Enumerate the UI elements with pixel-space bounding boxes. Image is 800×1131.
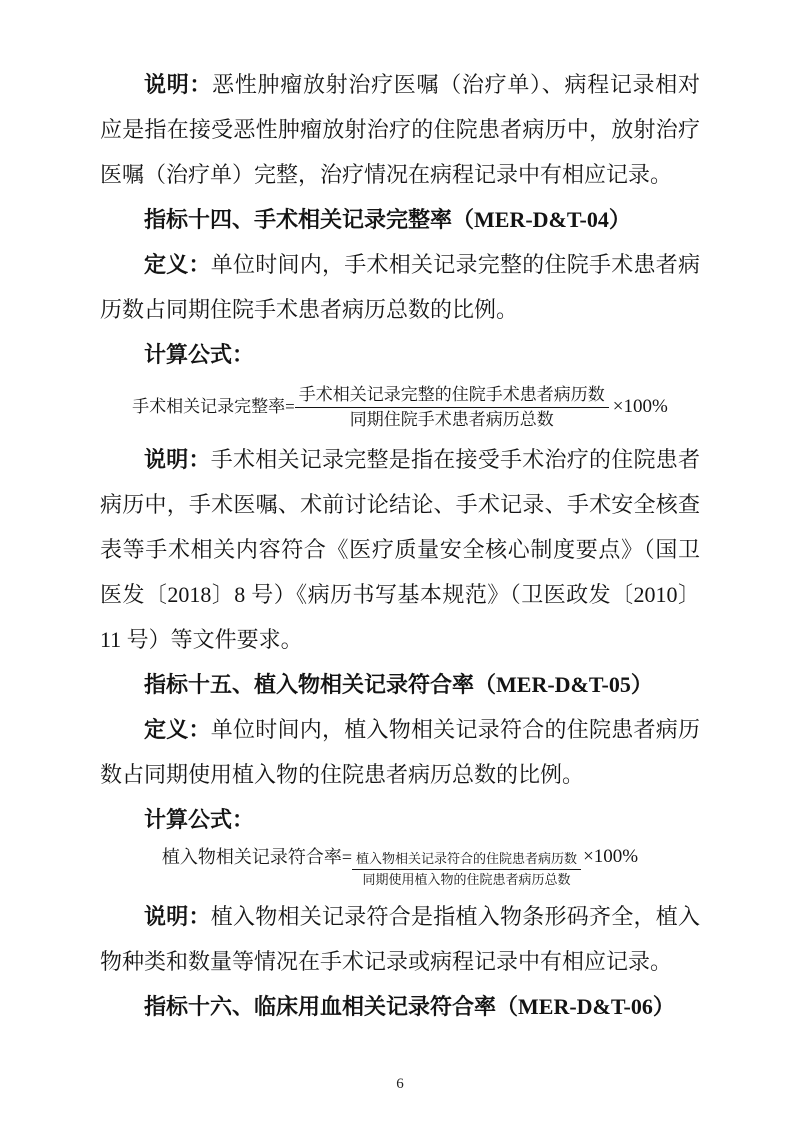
document-page: 说明：恶性肿瘤放射治疗医嘱（治疗单）、病程记录相对应是指在接受恶性肿瘤放射治疗的… — [0, 0, 800, 1131]
indicator-14-definition: 定义：单位时间内，手术相关记录完整的住院手术患者病历数占同期住院手术患者病历总数… — [100, 242, 700, 332]
indicator-15-note: 说明：植入物相关记录符合是指植入物条形码齐全，植入物种类和数量等情况在手术记录或… — [100, 894, 700, 984]
indicator-14-formula-caption: 计算公式： — [100, 332, 700, 377]
note-label: 说明： — [144, 72, 212, 97]
note-text: 手术相关记录完整是指在接受手术治疗的住院患者病历中，手术医嘱、术前讨论结论、手术… — [100, 447, 700, 652]
formula-caption-label: 计算公式： — [144, 807, 254, 832]
indicator-15-definition: 定义：单位时间内，植入物相关记录符合的住院患者病历数占同期使用植入物的住院患者病… — [100, 707, 700, 797]
formula-denominator: 同期住院手术患者病历总数 — [295, 408, 609, 430]
formula-fraction: 手术相关记录完整的住院手术患者病历数同期住院手术患者病历总数 — [295, 385, 609, 430]
formula-lhs: 手术相关记录完整率= — [132, 397, 295, 417]
formula-multiplier: ×100% — [609, 397, 668, 417]
formula-numerator: 植入物相关记录符合的住院患者病历数 — [352, 851, 581, 870]
formula-lhs: 植入物相关记录符合率= — [162, 848, 352, 866]
indicator-15-formula-caption: 计算公式： — [100, 797, 700, 842]
indicator-15-formula: 植入物相关记录符合率=植入物相关记录符合的住院患者病历数同期使用植入物的住院患者… — [100, 842, 700, 894]
formula-numerator: 手术相关记录完整的住院手术患者病历数 — [295, 385, 609, 408]
indicator-16-heading: 指标十六、临床用血相关记录符合率（MER-D&T-06） — [100, 984, 700, 1029]
indicator-15-heading: 指标十五、植入物相关记录符合率（MER-D&T-05） — [100, 662, 700, 707]
radiotherapy-note-paragraph: 说明：恶性肿瘤放射治疗医嘱（治疗单）、病程记录相对应是指在接受恶性肿瘤放射治疗的… — [100, 62, 700, 197]
note-label: 说明： — [144, 904, 211, 929]
note-label: 说明： — [144, 447, 211, 472]
formula-caption-label: 计算公式： — [144, 342, 254, 367]
definition-label: 定义： — [144, 252, 211, 277]
definition-label: 定义： — [144, 717, 211, 742]
page-number: 6 — [0, 1074, 800, 1094]
indicator-14-heading: 指标十四、手术相关记录完整率（MER-D&T-04） — [100, 197, 700, 242]
indicator-14-formula: 手术相关记录完整率=手术相关记录完整的住院手术患者病历数同期住院手术患者病历总数… — [100, 377, 700, 437]
formula-fraction: 植入物相关记录符合的住院患者病历数同期使用植入物的住院患者病历总数 — [352, 851, 581, 888]
formula-multiplier: ×100% — [581, 848, 638, 866]
formula-denominator: 同期使用植入物的住院患者病历总数 — [352, 870, 581, 888]
indicator-14-note: 说明：手术相关记录完整是指在接受手术治疗的住院患者病历中，手术医嘱、术前讨论结论… — [100, 437, 700, 662]
